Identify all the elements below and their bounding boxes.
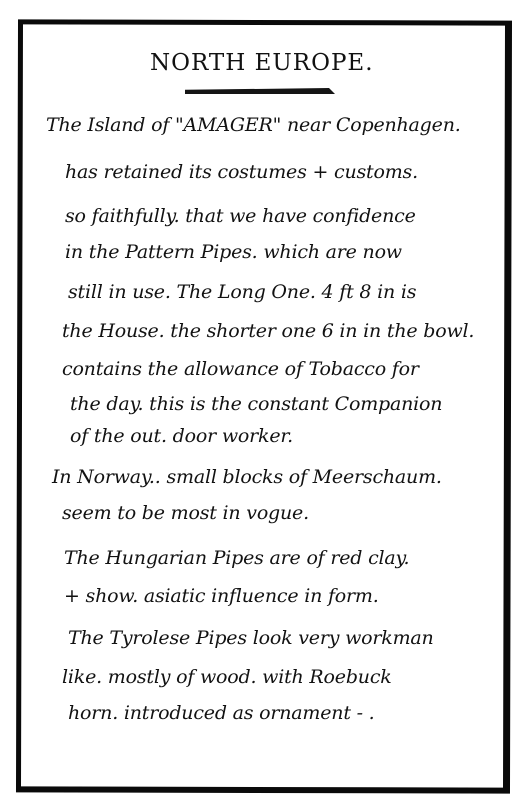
text-line-4: in the Pattern Pipes. which are now [65, 241, 402, 263]
text-line-7: contains the allowance of Tobacco for [62, 358, 419, 380]
text-line-12: The Hungarian Pipes are of red clay. [64, 547, 409, 569]
text-line-9: of the out. door worker. [70, 425, 293, 447]
handwritten-page: NORTH EUROPE. The Island of "AMAGER" nea… [0, 0, 527, 804]
page-title: NORTH EUROPE. [150, 50, 370, 76]
text-line-13: + show. asiatic influence in form. [64, 585, 379, 607]
text-line-14: The Tyrolese Pipes look very workman [68, 627, 434, 649]
text-line-15: like. mostly of wood. with Roebuck [62, 666, 392, 688]
text-line-3: so faithfully. that we have confidence [65, 205, 416, 227]
text-line-5: still in use. The Long One. 4 ft 8 in is [68, 281, 416, 303]
text-line-2: has retained its costumes + customs. [65, 161, 418, 183]
text-line-6: the House. the shorter one 6 in in the b… [62, 320, 474, 342]
text-line-10: In Norway.. small blocks of Meerschaum. [52, 466, 442, 488]
text-line-8: the day. this is the constant Companion [70, 393, 442, 415]
text-line-1: The Island of "AMAGER" near Copenhagen. [46, 114, 461, 136]
text-line-11: seem to be most in vogue. [62, 502, 309, 524]
text-line-16: horn. introduced as ornament - . [68, 702, 375, 724]
